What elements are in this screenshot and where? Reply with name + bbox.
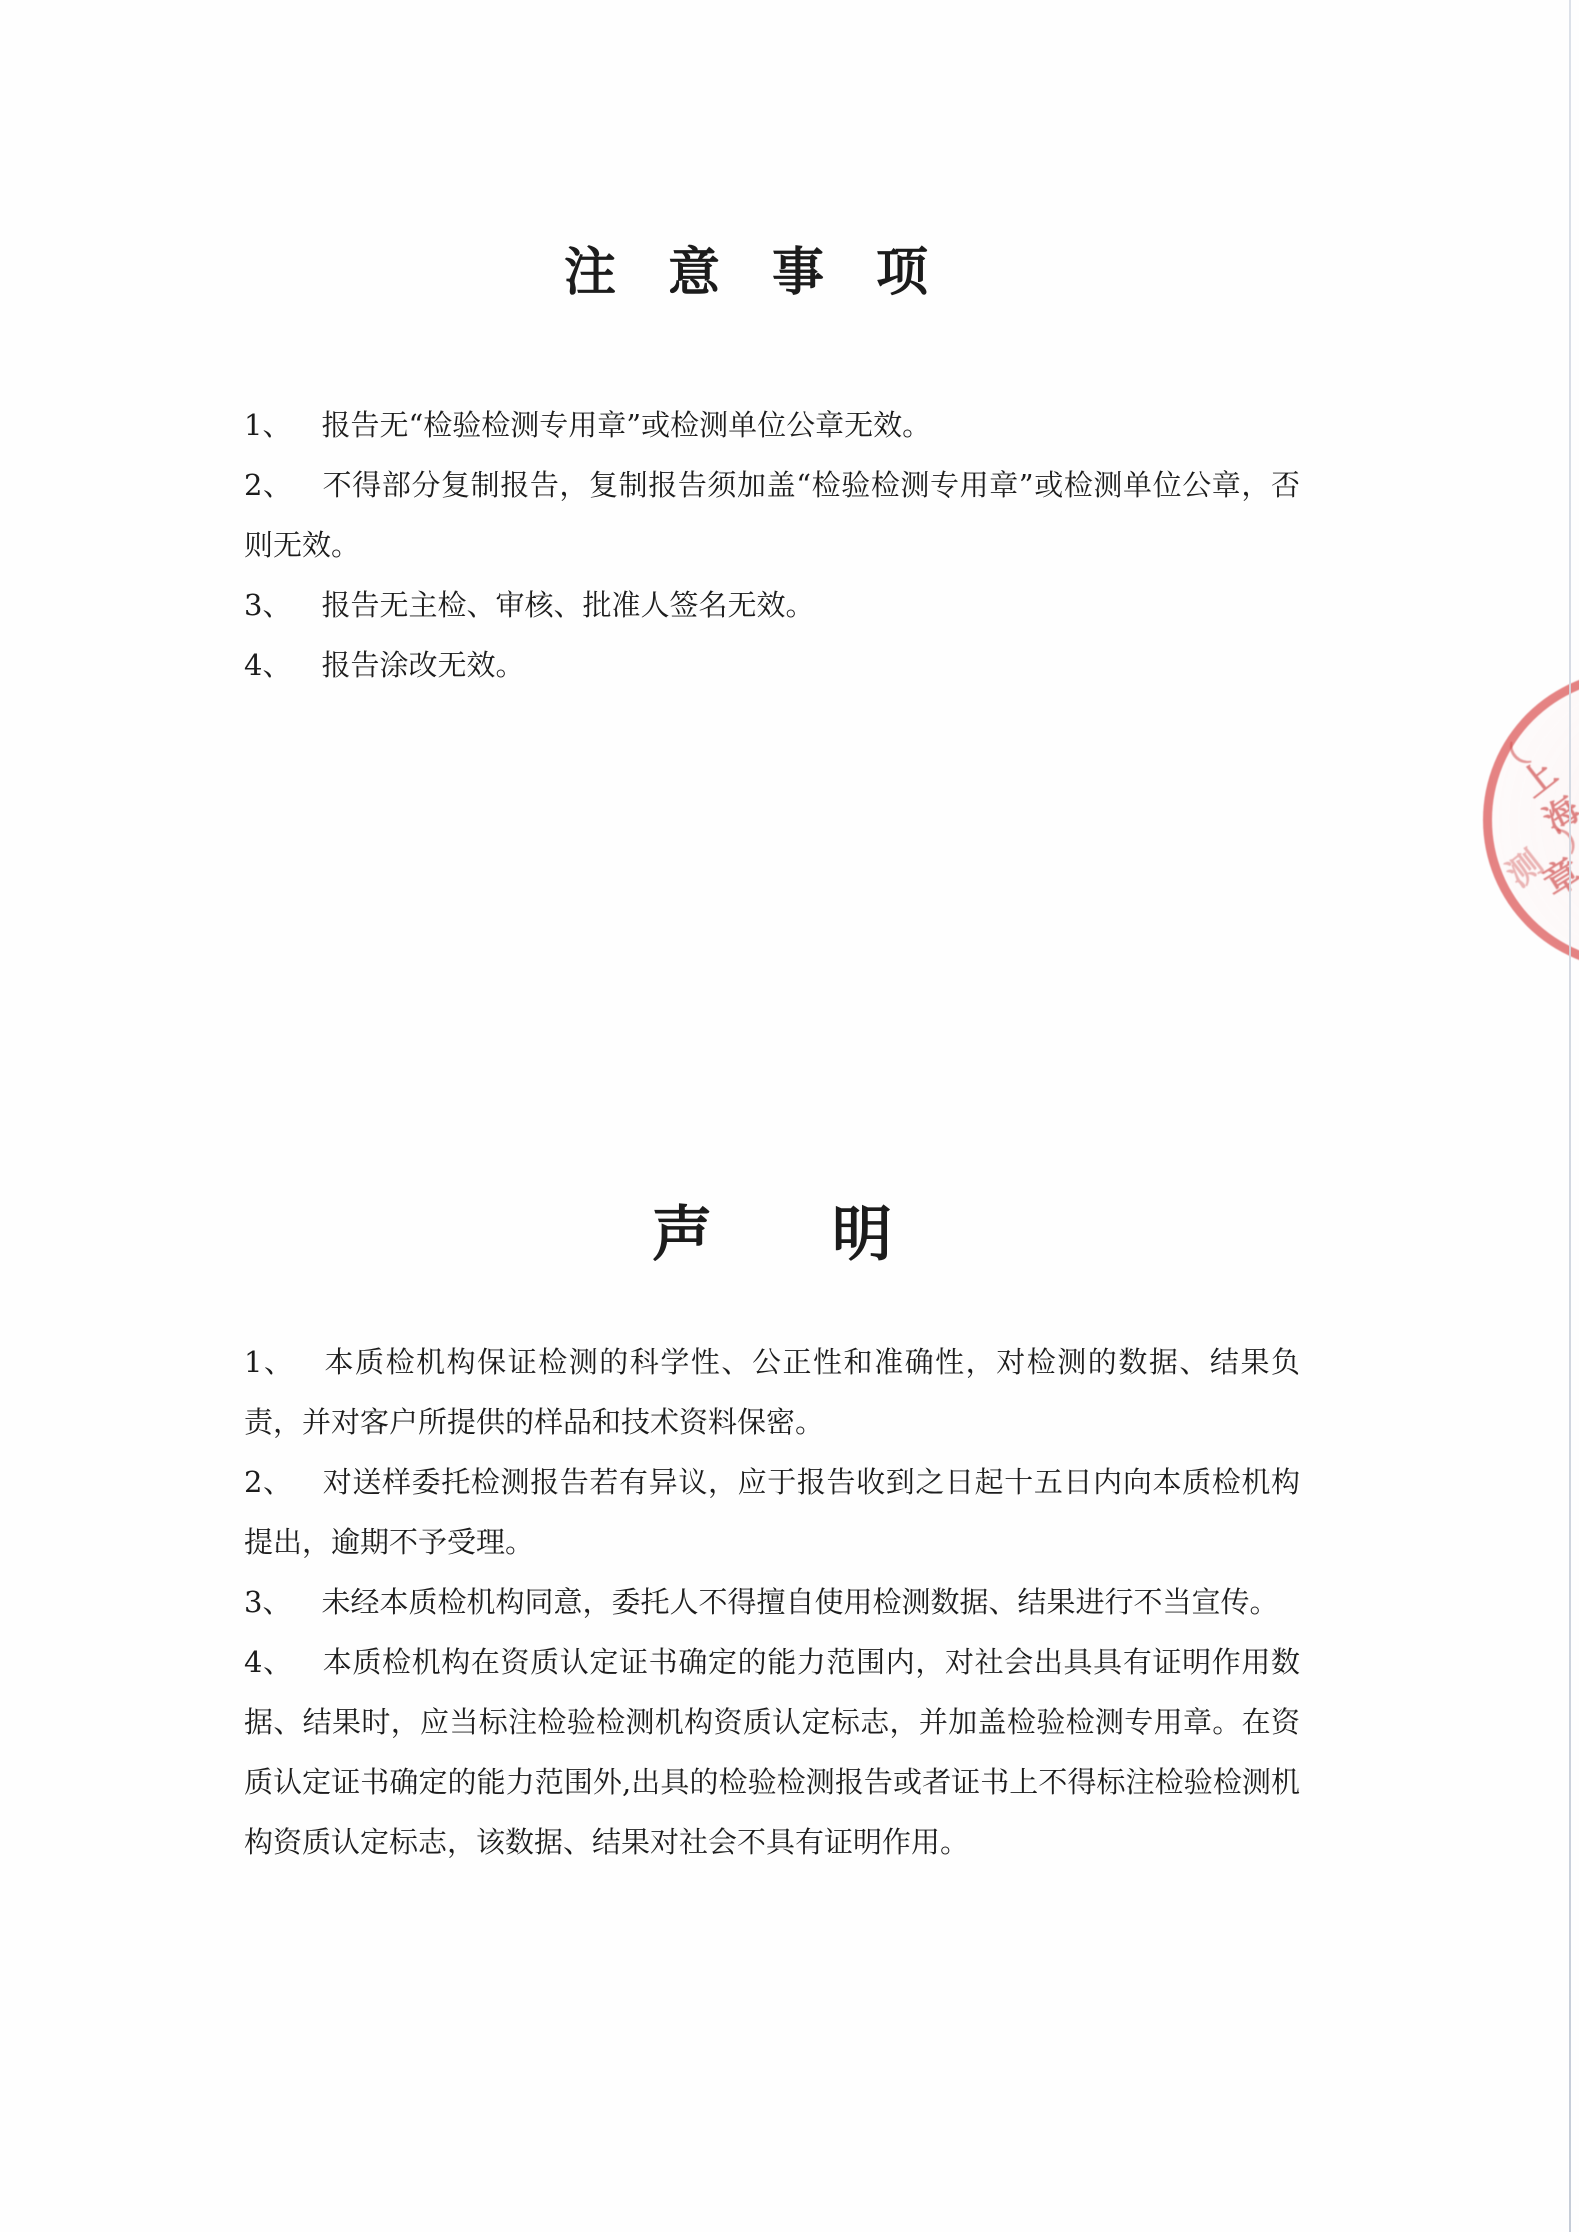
notice-item-1-number: 1、 <box>244 408 291 442</box>
notice-item-4: 4、报告涂改无效。 <box>244 635 1300 695</box>
page-edge-line <box>1569 0 1571 2232</box>
notice-item-4-number: 4、 <box>244 648 291 682</box>
statement-item-1: 1、本质检机构保证检测的科学性、公正性和准确性，对检测的数据、结果负责，并对客户… <box>244 1332 1300 1452</box>
document-page: 注 意 事 项 1、报告无“检验检测专用章”或检测单位公章无效。 2、不得部分复… <box>0 0 1579 2232</box>
notice-title: 注 意 事 项 <box>192 0 1300 303</box>
statement-item-2-number: 2、 <box>244 1465 293 1499</box>
statement-item-3-text: 未经本质检机构同意，委托人不得擅自使用检测数据、结果进行不当宣传。 <box>321 1585 1278 1619</box>
statement-item-4-text: 本质检机构在资质认定证书确定的能力范围内，对社会出具具有证明作用数据、结果时，应… <box>244 1645 1300 1859</box>
statement-item-4-number: 4、 <box>244 1645 293 1679</box>
notice-item-1-text: 报告无“检验检测专用章”或检测单位公章无效。 <box>321 408 931 442</box>
notice-list: 1、报告无“检验检测专用章”或检测单位公章无效。 2、不得部分复制报告，复制报告… <box>244 395 1300 695</box>
notice-item-4-text: 报告涂改无效。 <box>321 648 524 682</box>
notice-item-2: 2、不得部分复制报告，复制报告须加盖“检验检测专用章”或检测单位公章，否则无效。 <box>244 455 1300 575</box>
notice-item-1: 1、报告无“检验检测专用章”或检测单位公章无效。 <box>244 395 1300 455</box>
statement-section: 声 明 1、本质检机构保证检测的科学性、公正性和准确性，对检测的数据、结果负责，… <box>244 1200 1300 1872</box>
statement-item-2-text: 对送样委托检测报告若有异议，应于报告收到之日起十五日内向本质检机构提出，逾期不予… <box>244 1465 1300 1559</box>
statement-item-1-number: 1、 <box>244 1345 295 1379</box>
notice-item-3-text: 报告无主检、审核、批准人签名无效。 <box>321 588 814 622</box>
notice-item-3: 3、报告无主检、审核、批准人签名无效。 <box>244 575 1300 635</box>
document-content: 注 意 事 项 1、报告无“检验检测专用章”或检测单位公章无效。 2、不得部分复… <box>0 0 1579 1872</box>
statement-title: 声 明 <box>244 1200 1300 1270</box>
statement-item-4: 4、本质检机构在资质认定证书确定的能力范围内，对社会出具具有证明作用数据、结果时… <box>244 1632 1300 1872</box>
statement-item-3: 3、未经本质检机构同意，委托人不得擅自使用检测数据、结果进行不当宣传。 <box>244 1572 1300 1632</box>
statement-list: 1、本质检机构保证检测的科学性、公正性和准确性，对检测的数据、结果负责，并对客户… <box>244 1332 1300 1872</box>
notice-section: 注 意 事 项 1、报告无“检验检测专用章”或检测单位公章无效。 2、不得部分复… <box>244 0 1300 695</box>
notice-item-3-number: 3、 <box>244 588 291 622</box>
statement-item-2: 2、对送样委托检测报告若有异议，应于报告收到之日起十五日内向本质检机构提出，逾期… <box>244 1452 1300 1572</box>
notice-item-2-text: 不得部分复制报告，复制报告须加盖“检验检测专用章”或检测单位公章，否则无效。 <box>244 468 1300 562</box>
statement-item-1-text: 本质检机构保证检测的科学性、公正性和准确性，对检测的数据、结果负责，并对客户所提… <box>244 1345 1300 1439</box>
statement-item-3-number: 3、 <box>244 1585 291 1619</box>
notice-item-2-number: 2、 <box>244 468 293 502</box>
